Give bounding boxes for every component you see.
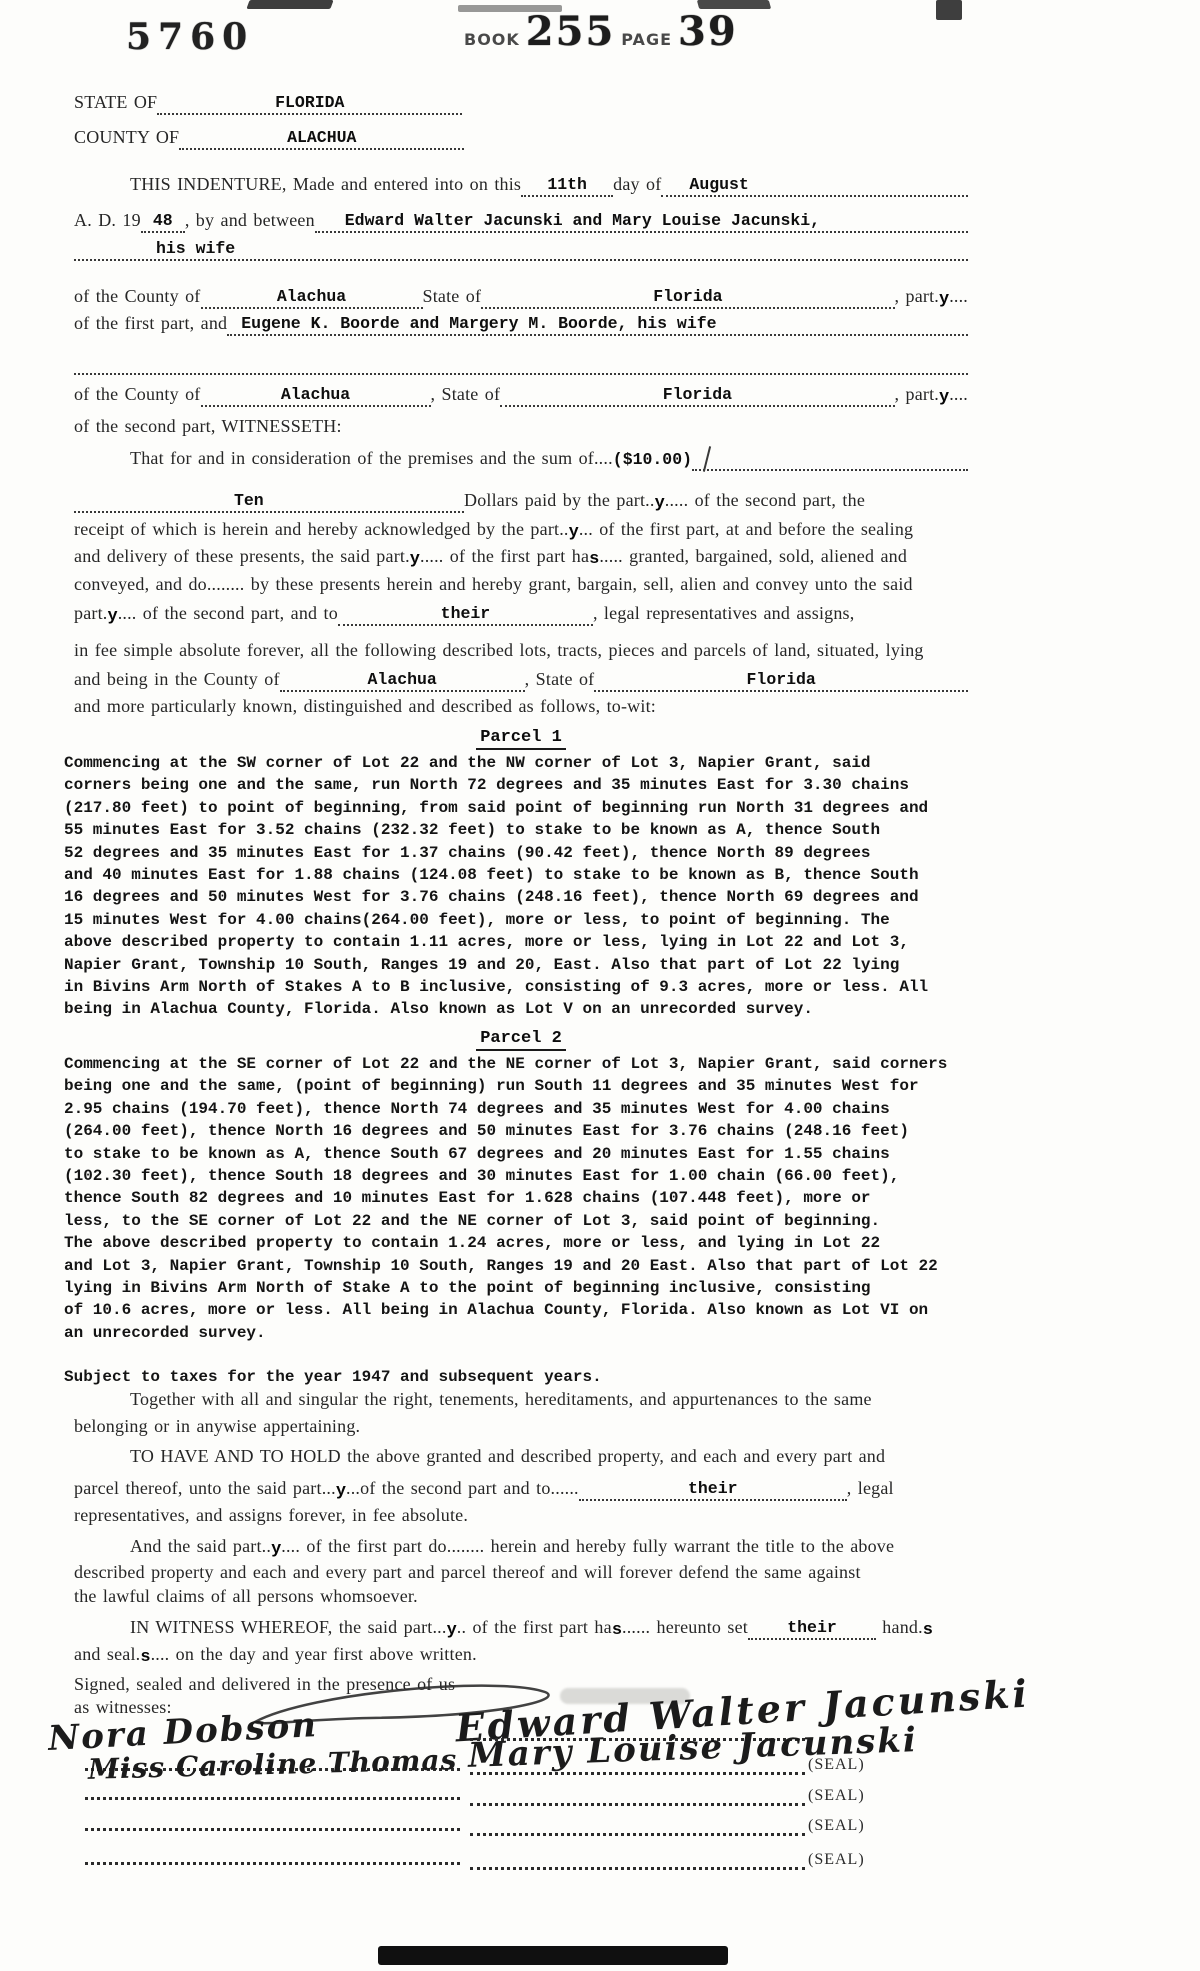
witness-signature-line-2 bbox=[85, 1797, 460, 1800]
county1-value: Alachua bbox=[277, 287, 346, 306]
party-letter: y bbox=[271, 1540, 281, 1559]
grantor-signature-line-5 bbox=[470, 1867, 805, 1870]
printed-text: .... of the second part, and to bbox=[118, 603, 338, 624]
printed-text: , part. bbox=[895, 286, 939, 307]
printed-text: State of bbox=[423, 286, 482, 307]
printed-text: and seal. bbox=[74, 1644, 140, 1665]
scan-smudge bbox=[246, 0, 333, 9]
their-fill: their bbox=[338, 603, 593, 626]
witnesseth-line: of the second part, WITNESSETH: bbox=[74, 416, 968, 437]
printed-text: , State of bbox=[525, 669, 595, 690]
in-witness-line1: IN WITNESS WHEREOF, the said part... y .… bbox=[74, 1617, 968, 1641]
printed-text: IN WITNESS WHEREOF, the said part... bbox=[130, 1617, 447, 1638]
conveyed-line: conveyed, and do........ by these presen… bbox=[74, 574, 968, 595]
grantee-names-line: of the first part, and Eugene K. Boorde … bbox=[74, 313, 968, 337]
parcel2-description: Commencing at the SE corner of Lot 22 an… bbox=[64, 1053, 974, 1344]
warrant-line3: the lawful claims of all persons whomsoe… bbox=[74, 1586, 968, 1607]
printed-text: .... bbox=[949, 384, 968, 405]
grantee-names: Eugene K. Boorde and Margery M. Boorde, … bbox=[241, 314, 716, 333]
printed-text: the lawful claims of all persons whomsoe… bbox=[74, 1586, 418, 1607]
printed-text: in fee simple absolute forever, all the … bbox=[74, 640, 924, 661]
amount-value: ($10.00) bbox=[613, 450, 692, 469]
parcel2-heading-text: Parcel 2 bbox=[476, 1029, 566, 1051]
scan-artifact-bar bbox=[378, 1946, 728, 1965]
printed-text: THIS INDENTURE, Made and entered into on… bbox=[130, 174, 521, 195]
taxes-clause: Subject to taxes for the year 1947 and s… bbox=[64, 1366, 974, 1388]
their-fill3: their bbox=[748, 1617, 876, 1640]
printed-text: A. D. 19 bbox=[74, 210, 141, 231]
county-of-line: COUNTY OF ALACHUA bbox=[74, 127, 968, 151]
book-number: 255 bbox=[526, 8, 616, 55]
witness-signature-line-3 bbox=[85, 1828, 460, 1831]
printed-text: , legal representatives and assigns, bbox=[593, 603, 855, 624]
printed-text: belonging or in anywise appertaining. bbox=[74, 1416, 360, 1437]
warrant-line1: And the said part.. y .... of the first … bbox=[74, 1536, 968, 1558]
printed-text: described property and each and every pa… bbox=[74, 1562, 861, 1583]
their-fill2: their bbox=[579, 1478, 847, 1501]
grantor-names-fill: Edward Walter Jacunski and Mary Louise J… bbox=[315, 210, 968, 233]
state3-value: Florida bbox=[747, 670, 816, 689]
party-letter: y bbox=[336, 1482, 346, 1501]
first-party-county-line: of the County of Alachua State of Florid… bbox=[74, 286, 968, 310]
county2-fill: Alachua bbox=[201, 384, 431, 407]
being-in-line: and being in the County of Alachua , Sta… bbox=[74, 669, 968, 693]
printed-text: of the County of bbox=[74, 384, 201, 405]
printed-text: ...... hereunto set bbox=[622, 1617, 748, 1638]
indenture-opening-line: THIS INDENTURE, Made and entered into on… bbox=[74, 174, 968, 198]
printed-text: Dollars paid by the part.. bbox=[464, 490, 655, 511]
parcel1-heading-text: Parcel 1 bbox=[476, 728, 566, 750]
trailing-dots-fill bbox=[692, 448, 968, 471]
printed-text: Together with all and singular the right… bbox=[130, 1389, 872, 1410]
grantee-names-fill: Eugene K. Boorde and Margery M. Boorde, … bbox=[227, 313, 968, 336]
party-letter: y bbox=[569, 523, 579, 542]
his-wife-line: his wife bbox=[74, 238, 968, 262]
page-number: 39 bbox=[678, 8, 738, 55]
printed-text: representatives, and assigns forever, in… bbox=[74, 1505, 468, 1526]
delivery-line: and delivery of these presents, the said… bbox=[74, 546, 968, 568]
parcel1-description: Commencing at the SW corner of Lot 22 an… bbox=[64, 752, 974, 1021]
warrant-line2: described property and each and every pa… bbox=[74, 1562, 968, 1583]
printed-text: and being in the County of bbox=[74, 669, 280, 690]
instrument-number-stamp: 5760 bbox=[126, 16, 254, 58]
state3-fill: Florida bbox=[594, 669, 968, 692]
receipt-line: receipt of which is herein and hereby ac… bbox=[74, 519, 968, 541]
state1-value: Florida bbox=[653, 287, 722, 306]
printed-text: .... bbox=[949, 286, 968, 307]
printed-text: , State of bbox=[431, 384, 501, 405]
printed-text: of the first part, and bbox=[74, 313, 227, 334]
party-letter: y bbox=[939, 290, 949, 309]
consideration-line: That for and in consideration of the pre… bbox=[74, 448, 968, 472]
printed-text: , by and between bbox=[185, 210, 315, 231]
party-letter: y bbox=[107, 607, 117, 626]
party-letter: y bbox=[939, 388, 949, 407]
second-party-county-line: of the County of Alachua , State of Flor… bbox=[74, 384, 968, 408]
day-fill: 11th bbox=[521, 174, 613, 197]
county-fill: ALACHUA bbox=[179, 127, 464, 150]
together-line2: belonging or in anywise appertaining. bbox=[74, 1416, 968, 1437]
seal-label-4: (SEAL) bbox=[808, 1817, 865, 1835]
fee-simple-line: in fee simple absolute forever, all the … bbox=[74, 640, 968, 661]
printed-text: ..... of the second part, the bbox=[665, 490, 865, 511]
printed-text: part. bbox=[74, 603, 107, 624]
state2-fill: Florida bbox=[500, 384, 894, 407]
printed-text: , part. bbox=[895, 384, 939, 405]
month-fill: August bbox=[661, 174, 968, 197]
printed-text: ..... of the first part ha bbox=[420, 546, 589, 567]
amount-words-fill: Ten bbox=[74, 490, 464, 513]
printed-text: parcel thereof, unto the said part... bbox=[74, 1478, 336, 1499]
printed-text: and delivery of these presents, the said… bbox=[74, 546, 410, 567]
state2-value: Florida bbox=[663, 385, 732, 404]
grantor-signature-line-2 bbox=[470, 1772, 805, 1775]
their-value2: their bbox=[688, 1479, 738, 1498]
printed-text: , legal bbox=[847, 1478, 894, 1499]
plural-letter: s bbox=[923, 1621, 933, 1640]
printed-text: conveyed, and do........ by these presen… bbox=[74, 574, 913, 595]
to-have-line3: representatives, and assigns forever, in… bbox=[74, 1505, 968, 1526]
state1-fill: Florida bbox=[481, 286, 894, 309]
printed-text: and more particularly known, distinguish… bbox=[74, 696, 656, 717]
printed-text: .. of the first part ha bbox=[457, 1617, 612, 1638]
book-label: BOOK bbox=[464, 30, 520, 49]
his-wife-fill: his wife bbox=[74, 238, 968, 261]
deed-body: STATE OF FLORIDA COUNTY OF ALACHUA THIS … bbox=[74, 92, 968, 1718]
their-value3: their bbox=[787, 1618, 837, 1637]
county2-value: Alachua bbox=[281, 385, 350, 404]
grantor-names-line: A. D. 19 48 , by and between Edward Walt… bbox=[74, 210, 968, 234]
printed-text: day of bbox=[613, 174, 661, 195]
seal-label-2: (SEAL) bbox=[808, 1756, 865, 1774]
witness-signature-line-4 bbox=[85, 1862, 460, 1865]
state-label: STATE OF bbox=[74, 92, 157, 113]
described-line: and more particularly known, distinguish… bbox=[74, 696, 968, 717]
seal-label-3: (SEAL) bbox=[808, 1787, 865, 1805]
printed-text: receipt of which is herein and hereby ac… bbox=[74, 519, 569, 540]
county1-fill: Alachua bbox=[201, 286, 423, 309]
parcel2-heading: Parcel 2 bbox=[74, 1029, 968, 1048]
his-wife-value: his wife bbox=[156, 239, 235, 258]
second-part-to-line: part. y .... of the second part, and to … bbox=[74, 603, 968, 627]
book-page-stamp: BOOK 255 PAGE 39 bbox=[458, 8, 738, 55]
party-letter: y bbox=[410, 550, 420, 569]
plural-letter: s bbox=[612, 1621, 622, 1640]
parcel1-heading: Parcel 1 bbox=[74, 728, 968, 747]
county3-value: Alachua bbox=[368, 670, 437, 689]
grantor-signature-line-3 bbox=[470, 1803, 805, 1806]
plural-letter: s bbox=[140, 1648, 150, 1667]
county-value: ALACHUA bbox=[287, 128, 356, 147]
plural-letter: s bbox=[589, 550, 599, 569]
scan-smudge bbox=[936, 0, 962, 20]
state-of-line: STATE OF FLORIDA bbox=[74, 92, 968, 116]
printed-text: And the said part.. bbox=[130, 1536, 271, 1557]
party-letter: y bbox=[447, 1621, 457, 1640]
grantor-signature-line-4 bbox=[470, 1833, 805, 1836]
grantor-names: Edward Walter Jacunski and Mary Louise J… bbox=[345, 211, 820, 230]
blank-fill bbox=[74, 352, 968, 375]
printed-text: of the County of bbox=[74, 286, 201, 307]
printed-text: TO HAVE AND TO HOLD the above granted an… bbox=[130, 1446, 885, 1467]
seal-label-5: (SEAL) bbox=[808, 1851, 865, 1869]
printed-text: .... on the day and year first above wri… bbox=[151, 1644, 477, 1665]
together-line1: Together with all and singular the right… bbox=[74, 1389, 968, 1410]
year-value: 48 bbox=[153, 211, 173, 230]
blank-dotted-line bbox=[74, 352, 968, 376]
printed-text: That for and in consideration of the pre… bbox=[130, 448, 613, 469]
page-label: PAGE bbox=[621, 30, 672, 49]
year-fill: 48 bbox=[141, 210, 185, 233]
printed-text: hand. bbox=[876, 1617, 923, 1638]
county3-fill: Alachua bbox=[280, 669, 525, 692]
party-letter: y bbox=[655, 494, 665, 513]
printed-text: of the second part, WITNESSETH: bbox=[74, 416, 342, 437]
amount-words: Ten bbox=[234, 491, 264, 510]
deed-page: 5760 BOOK 255 PAGE 39 STATE OF FLORIDA C… bbox=[0, 0, 1200, 1971]
county-label: COUNTY OF bbox=[74, 127, 179, 148]
day-value: 11th bbox=[547, 175, 587, 194]
their-value: their bbox=[441, 604, 491, 623]
month-value: August bbox=[689, 175, 748, 194]
state-fill: FLORIDA bbox=[157, 92, 462, 115]
printed-text: ..... granted, bargained, sold, aliened … bbox=[599, 546, 907, 567]
state-value: FLORIDA bbox=[275, 93, 344, 112]
to-have-line2: parcel thereof, unto the said part... y … bbox=[74, 1478, 968, 1502]
printed-text: .... of the first part do........ herein… bbox=[281, 1536, 894, 1557]
printed-text: ... of the first part, at and before the… bbox=[579, 519, 913, 540]
printed-text: ...of the second part and to...... bbox=[346, 1478, 579, 1499]
to-have-line1: TO HAVE AND TO HOLD the above granted an… bbox=[74, 1446, 968, 1467]
dollars-line: Ten Dollars paid by the part.. y ..... o… bbox=[74, 490, 968, 514]
signature-area: Nora Dobson Miss Caroline Thomas Edward … bbox=[0, 1680, 1200, 1940]
in-witness-line2: and seal. s .... on the day and year fir… bbox=[74, 1644, 968, 1666]
